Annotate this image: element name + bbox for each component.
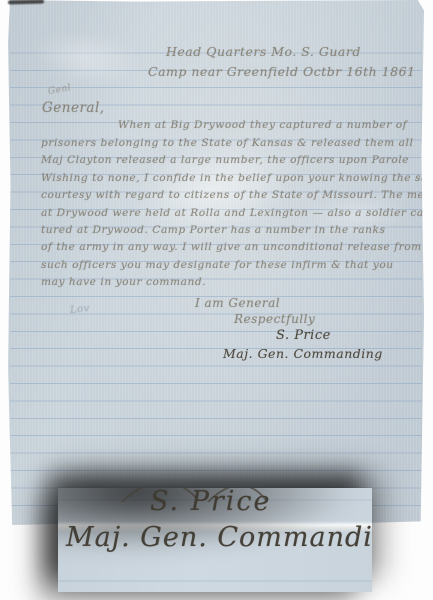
body-line: When at Big Drywood they captured a numb…	[118, 119, 407, 131]
salutation: General,	[42, 100, 105, 116]
body-line: tured at Drywood. Camp Porter has a numb…	[41, 224, 386, 236]
inset-signature-title: Maj. Gen. Commanding.	[66, 522, 372, 553]
body-line: may have in your command.	[41, 276, 206, 288]
body-line: such officers you may designate for thes…	[41, 259, 394, 271]
body-line: courtesy with regard to citizens of the …	[41, 189, 432, 201]
heading-line-1: Head Quarters Mo. S. Guard	[166, 44, 361, 59]
body-line: Wishing to none, I confide in the belief…	[41, 172, 433, 184]
body-line: at Drywood were held at Rolla and Lexing…	[41, 207, 433, 219]
body-line: of the army in any way. I will give an u…	[41, 241, 422, 253]
closing-line: I am General	[195, 296, 280, 310]
letter-scan: Head Quarters Mo. S. Guard Camp near Gre…	[8, 0, 424, 525]
body-line: Maj Clayton released a large number, the…	[41, 154, 409, 166]
photo-background: Head Quarters Mo. S. Guard Camp near Gre…	[0, 0, 433, 600]
signature-inset: S. Price Maj. Gen. Commanding.	[58, 488, 372, 592]
signature-title: Maj. Gen. Commanding	[223, 346, 383, 361]
signature: S. Price	[276, 328, 331, 343]
body-line: prisoners belonging to the State of Kans…	[41, 137, 413, 149]
heading-line-2: Camp near Greenfield Octbr 16th 1861	[148, 64, 415, 79]
inset-signature: S. Price	[150, 488, 272, 517]
closing-line: Respectfully	[234, 312, 315, 326]
pencil-mark: Lov	[69, 303, 90, 316]
